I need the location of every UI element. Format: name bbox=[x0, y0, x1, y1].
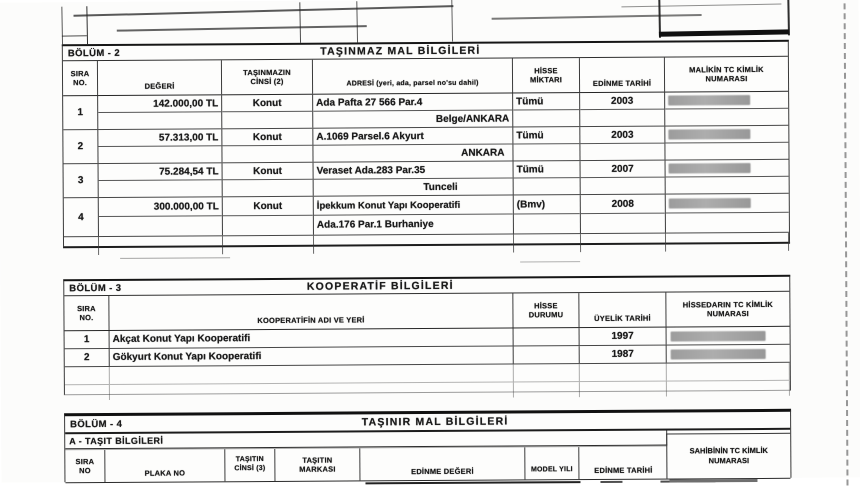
scanned-form-sheet: BÖLÜM - 2 TAŞINMAZ MAL BİLGİLERİ SIRANO.… bbox=[0, 0, 860, 480]
empty-row bbox=[64, 233, 789, 255]
cell-degeri: 75.284,54 TL bbox=[99, 163, 223, 197]
header-text: DEĞERİ bbox=[145, 81, 175, 91]
cell-hisse: Tümü bbox=[513, 127, 580, 160]
value-adres-line2: Belge/ANKARA bbox=[313, 110, 512, 127]
empty-cell bbox=[667, 363, 790, 381]
header-tasinmazin-cinsi: TAŞINMAZINCİNSİ (2) bbox=[222, 60, 313, 95]
cell-adres: Ada Pafta 27 566 Par.4Belge/ANKARA bbox=[313, 93, 513, 127]
cell-spacer bbox=[514, 214, 580, 233]
value-degeri: 75.284,54 TL bbox=[99, 163, 222, 181]
header-text: CİNSİ (3) bbox=[234, 465, 265, 474]
header-text: EDİNME TARİHİ bbox=[593, 78, 651, 88]
cell-hisse: Tümü bbox=[513, 93, 580, 126]
cell-tc-line bbox=[666, 160, 789, 178]
scan-artifact bbox=[120, 257, 230, 259]
table-line bbox=[86, 6, 88, 48]
value-hisse: (Bmv) bbox=[514, 195, 580, 214]
cell-uyelik: 1987 bbox=[580, 346, 667, 364]
header-edinme-tarihi: EDİNME TARİHİ bbox=[580, 58, 665, 93]
cell-spacer bbox=[223, 216, 313, 236]
cell-tarih: 2007 bbox=[581, 161, 666, 195]
cell-hisse: (Bmv) bbox=[514, 195, 581, 233]
empty-cell bbox=[514, 364, 580, 381]
table-row: 2 57.313,00 TL Konut A.1069 Parsel.6 Aky… bbox=[63, 126, 788, 164]
cell-spacer bbox=[581, 214, 665, 234]
cell-spacer bbox=[222, 146, 312, 163]
cell-tc bbox=[667, 327, 790, 345]
cell-tc bbox=[666, 160, 789, 194]
header-text: MALİKİN TC KİMLİK bbox=[689, 65, 764, 75]
cell-kooperatif-adi: Akçat Konut Yapı Kooperatifi bbox=[110, 328, 514, 347]
empty-cell bbox=[64, 237, 99, 255]
redacted-tc-number bbox=[669, 198, 751, 209]
cell-sira: 1 bbox=[63, 96, 98, 129]
header-text: MARKASI bbox=[299, 465, 335, 475]
cell-sira: 1 bbox=[65, 331, 110, 348]
header-text: TAŞINMAZIN bbox=[243, 67, 291, 77]
header-hisse-durumu: HİSSEDURUMU bbox=[513, 293, 579, 327]
cell-tc bbox=[667, 345, 790, 363]
empty-cell bbox=[581, 234, 666, 253]
section-label: BÖLÜM - 3 bbox=[64, 282, 239, 294]
cell-degeri: 57.313,00 TL bbox=[98, 129, 222, 163]
cell-spacer bbox=[580, 144, 664, 161]
value-degeri: 142.000,00 TL bbox=[98, 95, 221, 113]
empty-cell bbox=[99, 236, 223, 255]
cell-sira: 3 bbox=[64, 164, 99, 197]
cell-cinsi: Konut bbox=[222, 129, 313, 163]
value-adres-line1: İpekkum Konut Yapı Kooperatifi bbox=[314, 195, 513, 215]
header-text: TAŞITIN bbox=[236, 456, 264, 465]
value-adres-line1: Ada Pafta 27 566 Par.4 bbox=[313, 93, 512, 111]
cell-adres: Veraset Ada.283 Par.35Tunceli bbox=[314, 161, 514, 195]
header-hissedarin-tc: HİSSEDARIN TC KİMLİKNUMARASI bbox=[666, 292, 789, 327]
empty-cell bbox=[65, 385, 110, 400]
empty-cell bbox=[580, 364, 667, 382]
cell-tc bbox=[665, 92, 788, 126]
header-plaka-no: PLAKA NO bbox=[105, 449, 225, 480]
section-title: TAŞINMAZ MAL BİLGİLERİ bbox=[238, 43, 788, 58]
value-hisse: Tümü bbox=[514, 161, 580, 178]
header-text: NUMARASI bbox=[705, 74, 747, 84]
cell-tc-line bbox=[665, 92, 788, 110]
empty-cell bbox=[110, 382, 514, 399]
cell-spacer bbox=[513, 144, 579, 160]
cell-tc bbox=[665, 126, 788, 160]
cell-tc-line bbox=[665, 126, 788, 144]
cell-hisse bbox=[514, 346, 580, 363]
cell-tarih: 2008 bbox=[581, 195, 666, 234]
section-tasinmaz-mal: BÖLÜM - 2 TAŞINMAZ MAL BİLGİLERİ SIRANO.… bbox=[62, 40, 790, 248]
header-tasitin-markasi: TAŞITINMARKASI bbox=[275, 448, 360, 480]
header-adresi: ADRESİ (yeri, ada, parsel no'su dahil) bbox=[313, 58, 513, 93]
header-text: CİNSİ (2) bbox=[250, 77, 283, 87]
cell-cinsi: Konut bbox=[223, 197, 314, 236]
value-tarih: 2007 bbox=[581, 161, 665, 179]
column-header-row: SIRANO. DEĞERİ TAŞINMAZINCİNSİ (2) ADRES… bbox=[63, 57, 788, 96]
empty-cell bbox=[667, 381, 790, 397]
section-title: KOOPERATİF BİLGİLERİ bbox=[239, 278, 789, 293]
cell-hisse bbox=[514, 328, 580, 345]
section-kooperatif: BÖLÜM - 3 KOOPERATİF BİLGİLERİ SIRANO. K… bbox=[63, 275, 791, 395]
header-text: PLAKA NO bbox=[145, 468, 186, 478]
cell-spacer bbox=[666, 213, 789, 233]
section-title: TAŞINIR MAL BİLGİLERİ bbox=[240, 414, 790, 429]
redacted-tc-number bbox=[668, 95, 750, 106]
header-sahibinin-tc: SAHİBİNİN TC KİMLİK NUMARASI bbox=[666, 433, 790, 479]
cell-sira: 2 bbox=[65, 349, 110, 366]
value-cinsi: Konut bbox=[223, 197, 313, 217]
header-text: ÜYELİK TARİHİ bbox=[594, 313, 651, 323]
cell-degeri: 300.000,00 TL bbox=[99, 197, 223, 236]
empty-cell bbox=[666, 233, 789, 252]
column-header-row: SIRANO PLAKA NO TAŞITINCİNSİ (3) TAŞITIN… bbox=[65, 446, 667, 480]
cell-spacer bbox=[98, 112, 221, 129]
header-text: MODEL YILI bbox=[531, 466, 573, 475]
header-tasitin-cinsi: TAŞITINCİNSİ (3) bbox=[225, 449, 275, 480]
cell-tc bbox=[666, 194, 789, 233]
value-cinsi: Konut bbox=[222, 129, 312, 147]
cell-adres: A.1069 Parsel.6 AkyurtANKARA bbox=[313, 127, 513, 161]
value-adres-line1: A.1069 Parsel.6 Akyurt bbox=[313, 127, 512, 145]
cell-spacer bbox=[580, 110, 664, 127]
header-sira-no: SIRANO. bbox=[63, 61, 98, 95]
header-uyelik-tarihi: ÜYELİK TARİHİ bbox=[579, 293, 666, 328]
header-sira-no: SIRANO. bbox=[64, 296, 109, 330]
table-row: 3 75.284,54 TL Konut Veraset Ada.283 Par… bbox=[64, 160, 789, 198]
empty-cell bbox=[110, 364, 514, 383]
header-text: NO. bbox=[73, 78, 87, 87]
value-adres-line2: Ada.176 Par.1 Burhaniye bbox=[314, 214, 513, 234]
header-text: HİSSEDARIN TC KİMLİK bbox=[683, 300, 773, 310]
value-hisse: Tümü bbox=[513, 93, 579, 110]
empty-cell bbox=[514, 382, 580, 397]
header-degeri: DEĞERİ bbox=[98, 60, 222, 95]
header-kooperatif-adi: KOOPERATİFİN ADI VE YERİ bbox=[109, 293, 513, 329]
header-malikin-tc: MALİKİN TC KİMLİKNUMARASI bbox=[665, 57, 788, 92]
value-degeri: 300.000,00 TL bbox=[99, 197, 222, 217]
table-line bbox=[492, 14, 702, 20]
empty-cell bbox=[65, 367, 110, 384]
cell-spacer bbox=[99, 216, 222, 236]
header-text: HİSSE bbox=[534, 66, 558, 76]
redacted-tc-number bbox=[668, 129, 750, 140]
cell-tarih: 2003 bbox=[580, 93, 665, 127]
header-text: SAHİBİNİN TC KİMLİK bbox=[690, 446, 768, 456]
header-text: ADRESİ (yeri, ada, parsel no'su dahil) bbox=[346, 80, 478, 90]
value-hisse: Tümü bbox=[513, 127, 579, 144]
cell-kooperatif-adi: Gökyurt Konut Yapı Kooperatifi bbox=[110, 346, 514, 365]
cell-spacer bbox=[666, 177, 789, 194]
scan-artifact bbox=[520, 261, 580, 262]
table-row: 4 300.000,00 TL Konut İpekkum Konut Yapı… bbox=[64, 194, 789, 237]
cell-spacer bbox=[223, 180, 313, 197]
cell-spacer bbox=[99, 180, 222, 197]
cell-adres: İpekkum Konut Yapı KooperatifiAda.176 Pa… bbox=[314, 195, 514, 234]
scan-margin-line bbox=[844, 0, 849, 480]
empty-cell bbox=[223, 236, 314, 255]
header-model-yili: MODEL YILI bbox=[525, 447, 579, 479]
section-label: BÖLÜM - 4 bbox=[65, 418, 240, 430]
header-text: NO. bbox=[79, 313, 93, 322]
header-text: KOOPERATİFİN ADI VE YERİ bbox=[257, 315, 364, 325]
cell-sira: 4 bbox=[64, 198, 99, 236]
header-text: NUMARASI bbox=[707, 309, 749, 319]
empty-cell bbox=[580, 382, 667, 398]
header-text: EDİNME DEĞERİ bbox=[411, 466, 474, 476]
header-sira-no: SIRANO bbox=[65, 450, 105, 480]
header-edinme-degeri: EDİNME DEĞERİ bbox=[360, 447, 525, 480]
redacted-tc-number bbox=[671, 348, 766, 359]
cell-tc-line bbox=[666, 194, 789, 214]
cell-cinsi: Konut bbox=[223, 163, 314, 197]
cell-spacer bbox=[665, 109, 788, 126]
table-line bbox=[621, 3, 781, 7]
cell-sira: 2 bbox=[63, 130, 98, 163]
cell-tarih: 2003 bbox=[580, 127, 665, 161]
value-tarih: 2003 bbox=[580, 127, 664, 145]
header-text: NUMARASI bbox=[709, 456, 749, 466]
table-line bbox=[659, 29, 789, 36]
header-edinme-tarihi: EDİNME TARİHİ bbox=[579, 447, 667, 480]
column-header-row: SIRANO. KOOPERATİFİN ADI VE YERİ HİSSEDU… bbox=[64, 292, 789, 331]
value-tarih: 2003 bbox=[580, 93, 664, 111]
table-row: 1 142.000,00 TL Konut Ada Pafta 27 566 P… bbox=[63, 92, 788, 130]
header-hisse-miktari: HİSSEMİKTARI bbox=[513, 58, 580, 92]
cell-spacer bbox=[581, 178, 665, 195]
header-text: NO bbox=[79, 466, 91, 475]
cell-hisse: Tümü bbox=[514, 161, 581, 194]
cell-spacer bbox=[98, 146, 221, 163]
header-text: SIRA bbox=[71, 69, 90, 78]
value-adres-line2: Tunceli bbox=[314, 178, 513, 195]
value-degeri: 57.313,00 TL bbox=[98, 129, 221, 147]
empty-cell bbox=[514, 234, 581, 252]
section-label: BÖLÜM - 2 bbox=[63, 47, 238, 59]
header-text: DURUMU bbox=[529, 310, 564, 320]
cell-spacer bbox=[513, 110, 579, 126]
section-tasinir-mal: BÖLÜM - 4 TAŞINIR MAL BİLGİLERİ A - TAŞI… bbox=[64, 409, 791, 480]
empty-cell bbox=[314, 234, 514, 253]
header-text: MİKTARI bbox=[530, 75, 562, 85]
value-adres-line2: ANKARA bbox=[313, 144, 512, 161]
cell-spacer bbox=[665, 143, 788, 160]
table-line bbox=[61, 7, 63, 49]
header-text: EDİNME TARİHİ bbox=[594, 465, 652, 475]
value-tarih: 2008 bbox=[581, 195, 665, 215]
header-text: HİSSE bbox=[534, 301, 558, 311]
redacted-tc-number bbox=[669, 163, 751, 174]
table-line bbox=[117, 25, 367, 32]
header-text: TAŞITIN bbox=[302, 455, 332, 465]
cell-uyelik: 1997 bbox=[580, 328, 667, 346]
table-line bbox=[73, 5, 453, 17]
empty-row bbox=[65, 381, 790, 400]
header-text: SIRA bbox=[77, 304, 96, 313]
cell-spacer bbox=[514, 178, 580, 194]
cell-cinsi: Konut bbox=[222, 95, 313, 129]
redacted-tc-number bbox=[671, 330, 766, 341]
value-adres-line1: Veraset Ada.283 Par.35 bbox=[314, 161, 513, 179]
cell-degeri: 142.000,00 TL bbox=[98, 95, 222, 129]
cell-spacer bbox=[222, 112, 312, 129]
value-cinsi: Konut bbox=[223, 163, 313, 181]
value-cinsi: Konut bbox=[222, 95, 312, 113]
table-line bbox=[62, 35, 87, 36]
header-text: SIRA bbox=[75, 457, 94, 466]
